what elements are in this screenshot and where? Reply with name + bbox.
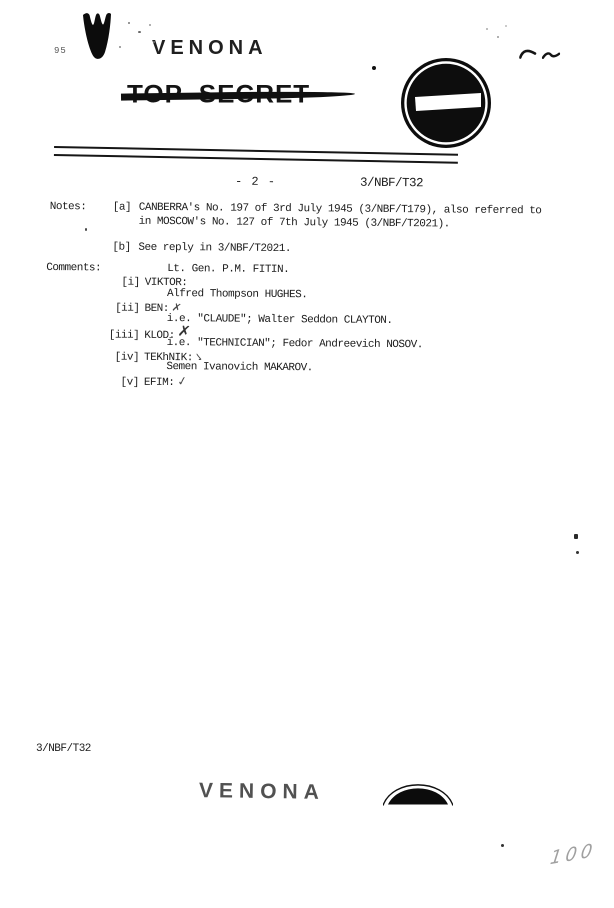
comment-row: [ii]BEN:✗ Alfred Thompson HUGHES.: [59, 286, 579, 306]
ink-speck: [85, 228, 87, 231]
ink-speck: [505, 25, 507, 27]
comment-bracket: [v]: [95, 375, 139, 389]
comment-row: [iii]KLOD:✗ i.e. "CLAUDE"; Walter Seddon…: [59, 311, 579, 331]
ink-speck: [149, 24, 151, 26]
comment-row: [iv]TEKhNIK:✓ i.e. "TECHNICIAN"; Fedor A…: [59, 335, 579, 355]
ink-speck: [576, 551, 579, 554]
comment-description: Semen Ivanovich MAKAROV.: [166, 360, 313, 375]
ink-speck: [574, 534, 578, 539]
partial-circle-stamp-icon: [383, 781, 453, 806]
ink-speck: [153, 41, 155, 43]
comment-description: i.e. "TECHNICIAN"; Fedor Andreevich NOSO…: [167, 336, 423, 352]
document-reference-header: 3/NBF/T32: [360, 176, 423, 191]
comment-description: Alfred Thompson HUGHES.: [167, 287, 307, 302]
note-bracket: [a]: [113, 201, 131, 215]
ink-speck: [497, 36, 499, 38]
ink-speck: [372, 66, 376, 70]
document-reference-footer: 3/NBF/T32: [36, 743, 91, 755]
venona-banner-bottom: VENONA: [199, 779, 325, 805]
ink-speck: [128, 22, 130, 24]
note-bracket: [b]: [112, 241, 130, 255]
comment-description: i.e. "CLAUDE"; Walter Seddon CLAYTON.: [167, 312, 393, 328]
pencil-mark-icon: ✓: [176, 373, 188, 388]
note-text-line: See reply in 3/NBF/T2021.: [138, 241, 291, 256]
comment-codename: EFIM:: [144, 377, 175, 389]
note-text-line: in MOSCOW's No. 127 of 7th July 1945 (3/…: [139, 215, 450, 232]
ink-speck: [138, 31, 141, 33]
comment-row: [v]EFIM:✓ Semen Ivanovich MAKAROV.: [58, 359, 578, 379]
typed-body: - 2 - 3/NBF/T32 Notes: [a] CANBERRA's No…: [0, 0, 614, 908]
comment-row: [i]VIKTOR: Lt. Gen. P.M. FITIN.: [59, 261, 579, 281]
notes-label: Notes:: [50, 200, 87, 214]
comment-description: Lt. Gen. P.M. FITIN.: [167, 262, 289, 277]
scanned-document-page: 95 VENONA TOP SECRET - 2 - 3/NBF/T32 Not…: [0, 0, 614, 908]
ink-speck: [119, 46, 121, 48]
ink-speck: [501, 844, 504, 847]
ink-speck: [486, 28, 488, 30]
page-number: - 2 -: [235, 175, 276, 189]
